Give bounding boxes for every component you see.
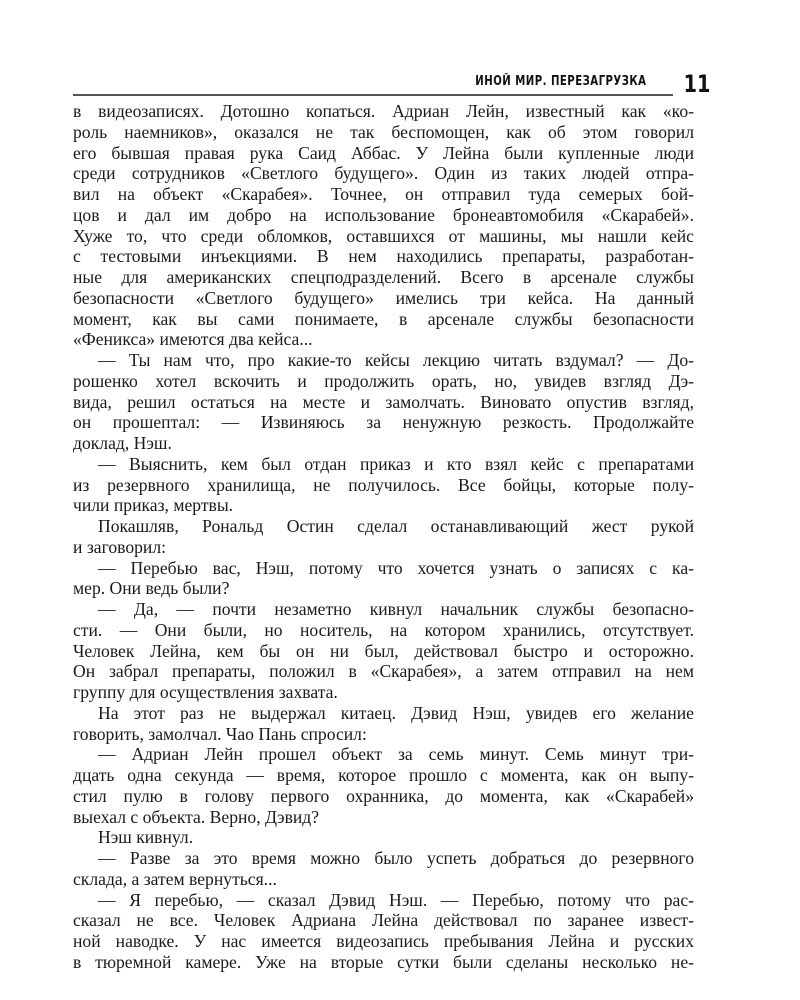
text-line: его бывшая правая рука Саид Аббас. У Лей… (73, 143, 694, 164)
page-number: 11 (683, 70, 710, 98)
text-line: — Разве за это время можно было успеть д… (73, 848, 694, 869)
running-head: ИНОЙ МИР. ПЕРЕЗАГРУЗКА 11 (73, 70, 710, 98)
text-line: Нэш кивнул. (73, 827, 694, 848)
text-line: в тюремной камере. Уже на вторые сутки б… (73, 952, 694, 973)
text-line: в видеозаписях. Дотошно копаться. Адриан… (73, 101, 694, 122)
text-line: — Выяснить, кем был отдан приказ и кто в… (73, 454, 694, 475)
text-line: роль наемников», оказался не так беспомо… (73, 122, 694, 143)
text-line: рошенко хотел вскочить и продолжить орат… (73, 371, 694, 392)
text-line: сказал не все. Человек Адриана Лейна дей… (73, 910, 694, 931)
book-page: ИНОЙ МИР. ПЕРЕЗАГРУЗКА 11 в видеозаписях… (0, 0, 800, 1000)
text-line: из резервного хранилища, не получилось. … (73, 475, 694, 496)
text-line: Покашляв, Рональд Остин сделал останавли… (73, 516, 694, 537)
text-line: среди сотрудников «Светлого будущего». О… (73, 163, 694, 184)
running-head-title: ИНОЙ МИР. ПЕРЕЗАГРУЗКА (475, 74, 646, 89)
text-line: сти. — Они были, но носитель, на котором… (73, 620, 694, 641)
text-line: вида, решил остаться на месте и замолчат… (73, 392, 694, 413)
text-line: цов и дал им добро на использование брон… (73, 205, 694, 226)
text-line: стил пулю в голову первого охранника, до… (73, 786, 694, 807)
text-line: вил на объект «Скарабея». Точнее, он отп… (73, 184, 694, 205)
text-line: «Феникса» имеются два кейса... (73, 329, 694, 350)
text-line: На этот раз не выдержал китаец. Дэвид Нэ… (73, 703, 694, 724)
text-line: — Я перебью, — сказал Дэвид Нэш. — Переб… (73, 890, 694, 911)
text-line: дцать одна секунда — время, которое прош… (73, 765, 694, 786)
text-line: с тестовыми инъекциями. В нем находились… (73, 246, 694, 267)
text-line: Хуже то, что среди обломков, оставшихся … (73, 226, 694, 247)
text-line: ные для американских спецподразделений. … (73, 267, 694, 288)
text-line: — Адриан Лейн прошел объект за семь мину… (73, 744, 694, 765)
text-line: чили приказ, мертвы. (73, 495, 694, 516)
body-text: в видеозаписях. Дотошно копаться. Адриан… (73, 101, 694, 973)
text-line: безопасности «Светлого будущего» имелись… (73, 288, 694, 309)
text-line: он прошептал: — Извиняюсь за ненужную ре… (73, 412, 694, 433)
text-line: — Перебью вас, Нэш, потому что хочется у… (73, 558, 694, 579)
text-line: мер. Они ведь были? (73, 578, 694, 599)
text-line: — Ты нам что, про какие-то кейсы лекцию … (73, 350, 694, 371)
text-line: доклад, Нэш. (73, 433, 694, 454)
text-line: — Да, — почти незаметно кивнул начальник… (73, 599, 694, 620)
text-line: Человек Лейна, кем бы он ни был, действо… (73, 641, 694, 662)
text-line: группу для осуществления захвата. (73, 682, 694, 703)
text-line: выехал с объекта. Верно, Дэвид? (73, 807, 694, 828)
text-line: говорить, замолчал. Чао Пань спросил: (73, 724, 694, 745)
text-line: и заговорил: (73, 537, 694, 558)
header-rule (73, 94, 673, 96)
text-line: ной наводке. У нас имеется видеозапись п… (73, 931, 694, 952)
text-line: Он забрал препараты, положил в «Скарабея… (73, 661, 694, 682)
text-line: момент, как вы сами понимаете, в арсенал… (73, 309, 694, 330)
text-line: склада, а затем вернуться... (73, 869, 694, 890)
